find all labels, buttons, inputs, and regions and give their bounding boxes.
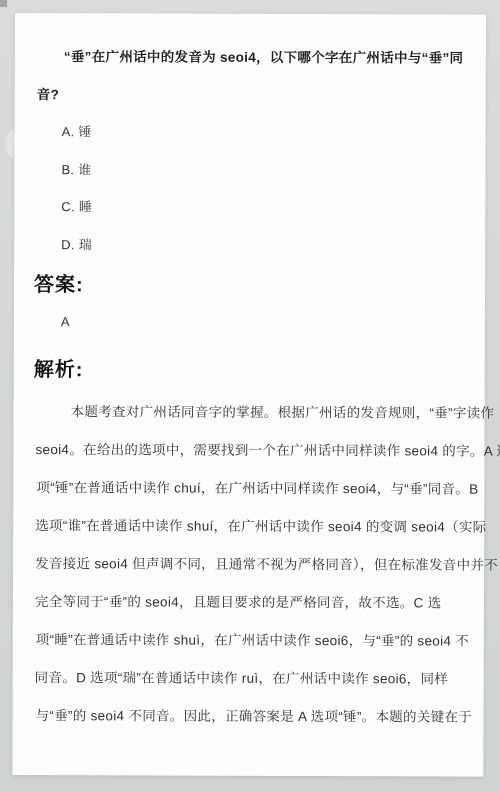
question-line: 音? [37,88,59,102]
analysis-line: 发音接近 seoi4 但声调不同，且通常不视为严格同音），但在标准发音中并不 [35,557,498,572]
answer-value: A [61,315,70,328]
analysis-line: 完全等同于“垂”的 seoi4，且题目要求的是严格同音，故不选。C 选 [35,595,442,610]
analysis-line: 选项“谁”在普通话中读作 shuí，在广州话中读作 seoi4 的变调 seoi… [35,519,486,534]
question-line: “垂”在广州话中的发音为 seoi4，以下哪个字在广州话中与“垂”同 [64,50,464,65]
analysis-line: 项“锤”在普通话中读作 chuí，在广州话中同样读作 seoi4，与“垂”同音。… [36,481,478,496]
photo-corner-artifact [0,0,7,7]
analysis-line: 项“睡”在普通话中读作 shuì，在广州话中读作 seoi6，与“垂”的 seo… [36,633,469,648]
option-d: D. 瑞 [61,238,92,251]
option-b: B. 谁 [61,163,91,176]
option-a: A. 锤 [62,125,92,138]
option-c: C. 睡 [61,200,92,213]
analysis-line: seoi4。在给出的选项中，需要找到一个在广州话中同样读作 seoi4 的字。A… [35,443,500,458]
analysis-line: 本题考查对广州话同音字的掌握。根据广州话的发音规则，“垂”字读作 [71,405,495,420]
analysis-heading: 解析: [34,360,84,380]
analysis-line: 与“垂”的 seoi4 不同音。因此，正确答案是 A 选项“锤”。本题的关键在于 [36,709,473,724]
document-page: “垂”在广州话中的发音为 seoi4，以下哪个字在广州话中与“垂”同 音? A.… [12,13,486,777]
analysis-line: 同音。D 选项“瑞”在普通话中读作 ruì，在广州话中读作 seoi6，同样 [35,671,448,686]
answer-heading: 答案: [34,275,84,295]
